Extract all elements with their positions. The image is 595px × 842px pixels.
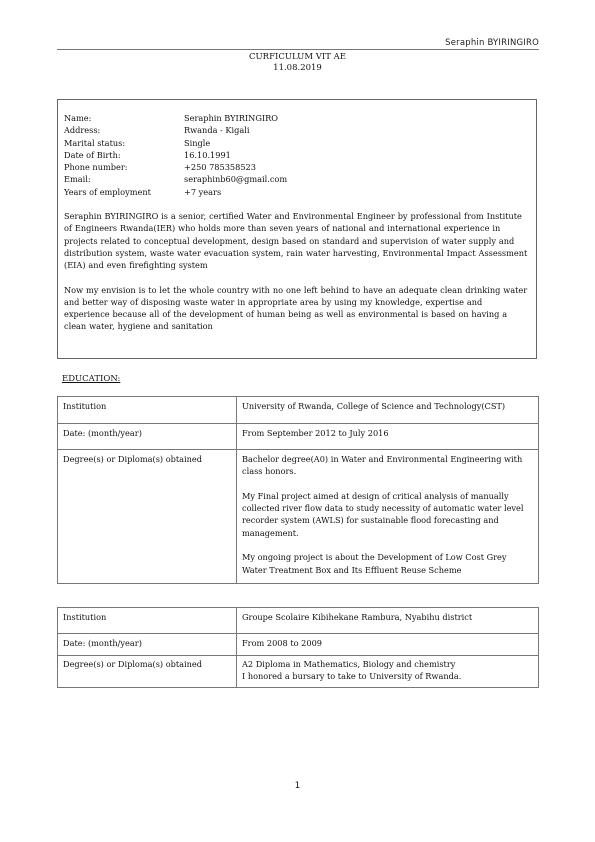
degree-text: A2 Diploma in Mathematics, Biology and c… <box>242 658 533 683</box>
table-row: Degree(s) or Diploma(s) obtained A2 Dipl… <box>58 656 539 688</box>
vision-paragraph: Now my envision is to let the whole coun… <box>64 284 530 333</box>
ongoing-project-text: My ongoing project is about the Developm… <box>242 551 533 576</box>
info-row: Years of employment +7 years <box>64 186 530 198</box>
cv-title: CURFICULUM VIT AE <box>0 52 595 63</box>
institution-value: Groupe Scolaire Kibihekane Rambura, Nyab… <box>237 608 539 634</box>
running-header-name: Seraphin BYIRINGIRO <box>445 38 539 48</box>
info-row: Address:Rwanda - Kigali <box>64 124 530 136</box>
page-number: 1 <box>0 781 595 791</box>
education-table-1: Institution University of Rwanda, Colleg… <box>57 396 539 584</box>
degree-label: Degree(s) or Diploma(s) obtained <box>58 450 237 584</box>
degree-value: A2 Diploma in Mathematics, Biology and c… <box>237 656 539 688</box>
info-value: +250 785358523 <box>184 161 256 173</box>
info-label: Marital status: <box>64 137 184 149</box>
institution-label: Institution <box>58 397 237 424</box>
table-row: Degree(s) or Diploma(s) obtained Bachelo… <box>58 450 539 584</box>
table-row: Date: (month/year) From 2008 to 2009 <box>58 634 539 656</box>
document-title: CURFICULUM VIT AE 11.08.2019 <box>0 52 595 74</box>
info-value: +7 years <box>184 186 221 198</box>
date-label: Date: (month/year) <box>58 424 237 450</box>
education-heading: EDUCATION: <box>62 374 120 384</box>
info-value: Single <box>184 137 210 149</box>
info-label: Phone number: <box>64 161 184 173</box>
header-rule <box>57 49 539 50</box>
institution-value: University of Rwanda, College of Science… <box>237 397 539 424</box>
info-label: Address: <box>64 124 184 136</box>
date-value: From 2008 to 2009 <box>237 634 539 656</box>
date-value: From September 2012 to July 2016 <box>237 424 539 450</box>
cv-date: 11.08.2019 <box>0 63 595 74</box>
degree-text: Bachelor degree(A0) in Water and Environ… <box>242 453 533 478</box>
info-value: seraphinb60@gmail.com <box>184 173 287 185</box>
info-value: Rwanda - Kigali <box>184 124 250 136</box>
info-label: Date of Birth: <box>64 149 184 161</box>
table-row: Institution University of Rwanda, Colleg… <box>58 397 539 424</box>
personal-info: Name:Seraphin BYIRINGIRO Address:Rwanda … <box>64 112 530 198</box>
table-row: Date: (month/year) From September 2012 t… <box>58 424 539 450</box>
education-table-2: Institution Groupe Scolaire Kibihekane R… <box>57 607 539 688</box>
info-value: Seraphin BYIRINGIRO <box>184 112 278 124</box>
info-row: Name:Seraphin BYIRINGIRO <box>64 112 530 124</box>
profile-box: Name:Seraphin BYIRINGIRO Address:Rwanda … <box>57 99 537 359</box>
date-label: Date: (month/year) <box>58 634 237 656</box>
table-row: Institution Groupe Scolaire Kibihekane R… <box>58 608 539 634</box>
info-row: Email:seraphinb60@gmail.com <box>64 173 530 185</box>
degree-value: Bachelor degree(A0) in Water and Environ… <box>237 450 539 584</box>
degree-label: Degree(s) or Diploma(s) obtained <box>58 656 237 688</box>
summary-paragraph: Seraphin BYIRINGIRO is a senior, certifi… <box>64 210 530 271</box>
institution-label: Institution <box>58 608 237 634</box>
info-row: Date of Birth: 16.10.1991 <box>64 149 530 161</box>
info-row: Marital status:Single <box>64 137 530 149</box>
info-row: Phone number:+250 785358523 <box>64 161 530 173</box>
info-label: Email: <box>64 173 184 185</box>
final-project-text: My Final project aimed at design of crit… <box>242 490 533 539</box>
info-label: Name: <box>64 112 184 124</box>
info-label: Years of employment <box>64 186 184 198</box>
info-value: 16.10.1991 <box>184 149 231 161</box>
